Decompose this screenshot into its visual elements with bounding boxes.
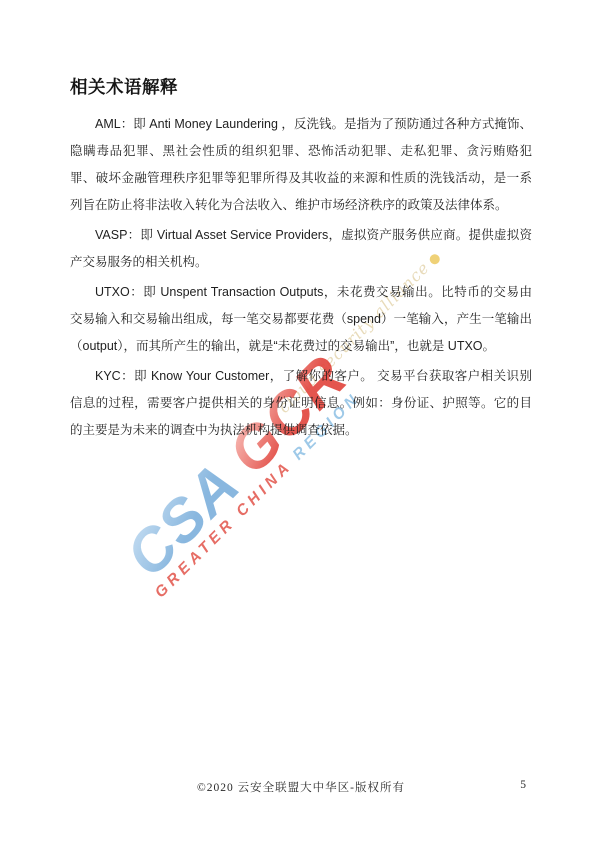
paragraph-utxo: UTXO：即 Unspent Transaction Outputs，未花费交易… (70, 279, 532, 360)
paragraph-vasp: VASP：即 Virtual Asset Service Providers，虚… (70, 222, 532, 276)
page-title: 相关术语解释 (70, 74, 532, 99)
document-content: 相关术语解释 AML：即 Anti Money Laundering ，反洗钱。… (70, 74, 532, 447)
paragraph-kyc: KYC：即 Know Your Customer，了解你的客户。 交易平台获取客… (70, 363, 532, 444)
paragraph-aml: AML：即 Anti Money Laundering ，反洗钱。是指为了预防通… (70, 111, 532, 219)
watermark-caption-greater-china: GREATER CHINA (152, 458, 296, 602)
footer-copyright: ©2020 云安全联盟大中华区-版权所有 (70, 779, 532, 795)
document-page: cloud security alliance● CSA GCR GREATER… (0, 0, 600, 848)
page-footer: ©2020 云安全联盟大中华区-版权所有 5 (70, 779, 532, 799)
watermark-csa-text: CSA (113, 452, 250, 589)
page-number: 5 (520, 779, 526, 791)
